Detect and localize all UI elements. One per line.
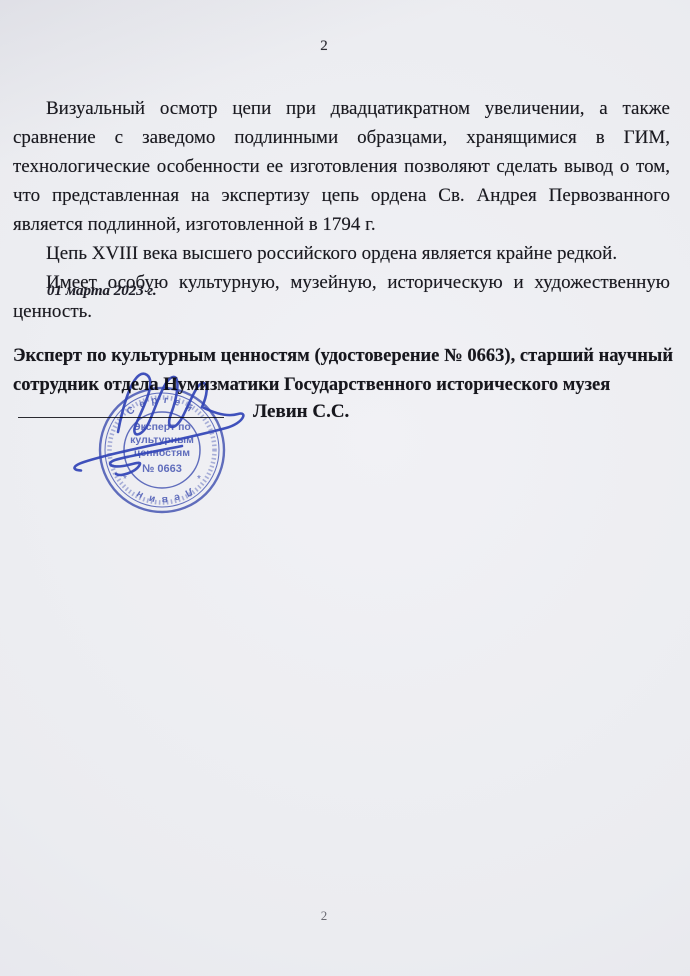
stamp-star-icon: * [197, 474, 201, 485]
stamp-microtext-ring [110, 398, 215, 503]
stamp-inner-circle [124, 412, 200, 488]
stamp-center-line-4: № 0663 [142, 463, 182, 475]
signatory-name: Левин С.С. [253, 401, 349, 423]
body-paragraph-2: Цепь XVIII века высшего российского орде… [13, 239, 670, 268]
stamp-ring-text-bottom: Левин [129, 485, 194, 505]
document-page: 2 Визуальный осмотр цепи при двадцатикра… [0, 0, 690, 976]
stamp-second-circle [105, 393, 219, 507]
stamp-star-icon: * [123, 474, 127, 485]
signature-line [18, 417, 224, 418]
expert-stamp: Сергей Левин * * Эксперт по культурным ц… [100, 388, 224, 512]
stamp-center-line-1: Эксперт по [133, 421, 191, 433]
stamp-center-line-3: ценностям [134, 447, 190, 459]
page-number-top: 2 [0, 38, 648, 55]
body-paragraph-1: Визуальный осмотр цепи при двадцатикратн… [13, 94, 670, 239]
date-line: 01 марта 2023 г. [47, 283, 157, 300]
page-number-bottom: 2 [0, 908, 648, 924]
stamp-outer-circle [100, 388, 224, 512]
expert-title: Эксперт по культурным ценностям (удостов… [13, 342, 673, 400]
stamp-center-line-2: культурным [130, 434, 194, 446]
